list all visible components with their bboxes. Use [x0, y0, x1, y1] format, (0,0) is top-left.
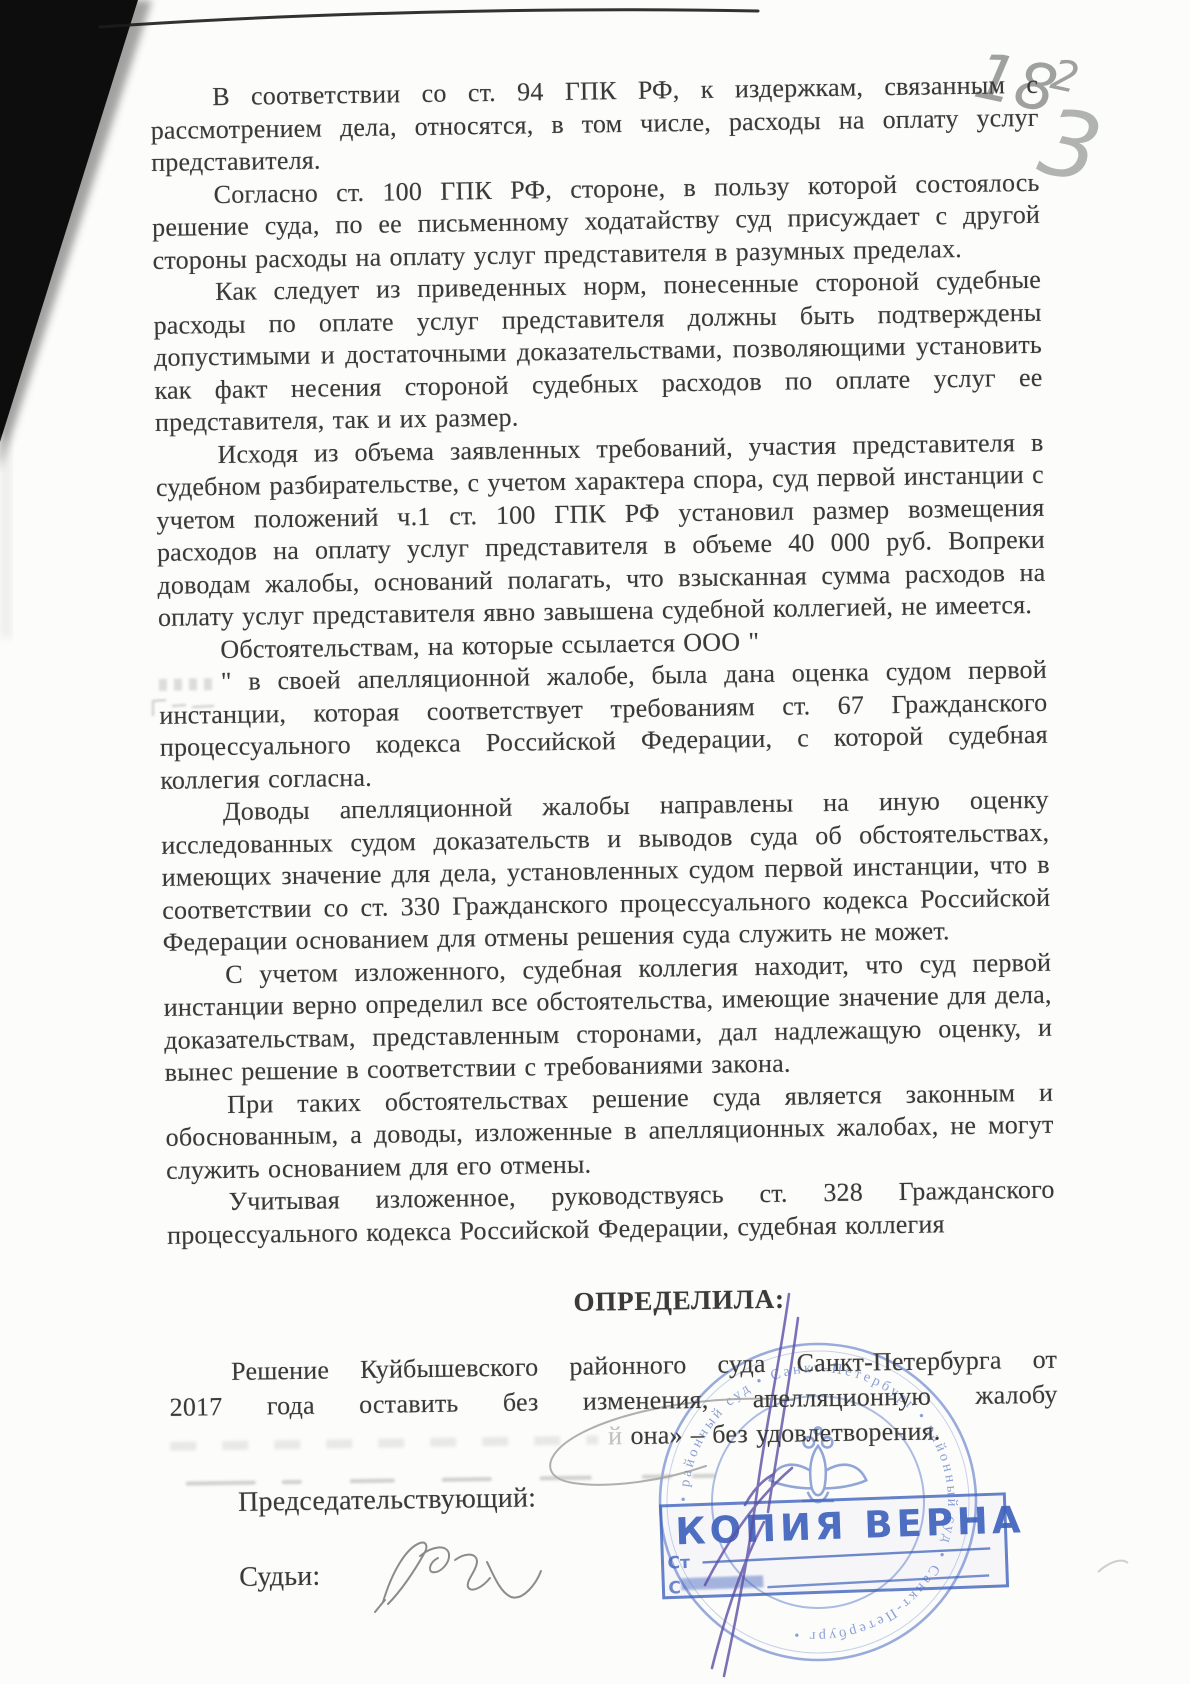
erase-trace — [540, 1475, 592, 1480]
paragraph-proof-of-costs: Как следует из приведенных норм, понесен… — [153, 264, 1043, 440]
scan-edge-wedge — [0, 0, 138, 442]
scan-edge-wedge-soft — [0, 0, 152, 470]
copy-stamp-row2-smear — [681, 1575, 763, 1590]
copy-stamp-row1-line — [702, 1548, 990, 1562]
scan-edge-strip — [0, 438, 12, 638]
scanned-court-document-page: 18 2 3 • районный суд • Санкт-Петербург … — [0, 0, 1190, 1684]
paragraph-guided-by-art328: Учитывая изложенное, руководствуясь ст. … — [166, 1174, 1055, 1252]
paragraph-ooo-circumstances: Обстоятельствам, на которые ссылается ОО… — [158, 621, 1048, 797]
paragraph-court-findings: С учетом изложенного, судебная коллегия … — [163, 946, 1053, 1089]
erase-trace — [642, 1474, 672, 1478]
copy-stamp-row1-fragment: Ст — [667, 1553, 690, 1574]
copy-stamp-row2-fragment: С — [668, 1578, 681, 1598]
faint-residual-letter: й — [608, 1421, 623, 1450]
ruling-heading: ОПРЕДЕЛИЛА: — [235, 1278, 1123, 1324]
pencil-mark-small — [1098, 1561, 1128, 1572]
erase-trace — [692, 1473, 716, 1477]
redaction-smudge-appellant — [170, 1435, 598, 1450]
copy-stamp-text: КОПИЯ ВЕРНА — [675, 1498, 1025, 1553]
judge-signature — [375, 1543, 541, 1612]
erase-trace — [441, 1477, 491, 1482]
document-text-block: В соответствии со ст. 94 ГПК РФ, к издер… — [150, 69, 1059, 1495]
paragraph-decision-lawful: При таких обстоятельствах решение суда я… — [165, 1076, 1054, 1187]
copy-stamp: КОПИЯ ВЕРНА Ст С — [661, 1493, 1027, 1599]
paragraph-appeal-arguments: Доводы апелляционной жалобы направлены н… — [161, 784, 1051, 960]
presiding-judge-label: Председательствующий: — [238, 1482, 537, 1519]
scan-top-edge-line — [100, 10, 758, 27]
ruling-line3-text: она» – без удовлетворения. — [630, 1416, 940, 1450]
paragraph-40000-rub: Исходя из объема заявленных требований, … — [155, 426, 1046, 634]
paragraph-ooo-continuation: " в своей апелляционной жалобе, была дан… — [159, 655, 1048, 795]
copy-stamp-row2-line — [767, 1575, 989, 1587]
paragraph-ooo-continuation-text: " в своей апелляционной жалобе, была дан… — [159, 655, 1048, 795]
paragraph-art100: Согласно ст. 100 ГПК РФ, стороне, в поль… — [151, 166, 1040, 277]
handwritten-number-part3: 3 — [1031, 88, 1111, 205]
paragraph-costs-art94: В соответствии со ст. 94 ГПК РФ, к издер… — [150, 69, 1039, 180]
ruling-paragraph: Решение Куйбышевского районного суда Сан… — [169, 1341, 1059, 1494]
judges-label: Судьи: — [239, 1561, 321, 1595]
redaction-smudge-company-name — [159, 678, 215, 691]
erase-trace — [186, 1480, 256, 1485]
handwritten-number-part2: 2 — [1047, 50, 1083, 103]
erase-trace — [350, 1478, 395, 1483]
erase-trace — [282, 1479, 302, 1483]
copy-stamp-border — [661, 1494, 1008, 1598]
